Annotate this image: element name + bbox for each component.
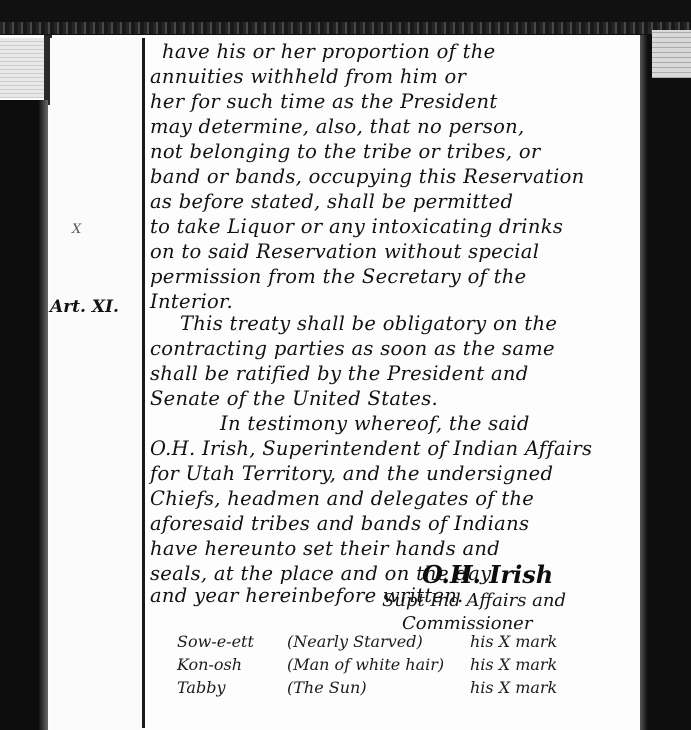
signature-title-2: Commissioner [402,613,532,634]
signatory-mark: his X mark [470,632,557,651]
signatory-meaning: (The Sun) [287,678,367,697]
text-line: permission from the Secretary of the [150,265,527,288]
text-line: annuities withheld from him or [150,65,466,88]
text-line: for Utah Territory, and the undersigned [150,462,553,485]
text-line: Interior. [150,290,233,313]
text-line: have hereunto set their hands and [150,537,500,560]
text-line: as before stated, shall be permitted [150,190,513,213]
margin-mark: X [72,222,83,237]
signatory-mark: his X mark [470,655,557,674]
article-label: Art. XI. [50,297,119,317]
text-line: O.H. Irish, Superintendent of Indian Aff… [150,437,592,460]
signatory-meaning: (Nearly Starved) [287,632,423,651]
text-line: her for such time as the President [150,90,497,113]
text-line: aforesaid tribes and bands of Indians [150,512,529,535]
scanned-page: X Art. XI. have his or her proportion of… [0,0,691,730]
signatory-mark: his X mark [470,678,557,697]
text-line: shall be ratified by the President and [150,362,529,385]
signatory-row: Tabby (The Sun) his X mark [0,678,600,702]
signatory-row: Kon-osh (Man of white hair) his X mark [0,655,600,679]
signatory-name: Kon-osh [177,655,242,674]
adjacent-page-edge [0,38,44,98]
signature-name: O.H. Irish [422,560,553,589]
text-line: to take Liquor or any intoxicating drink… [150,215,563,238]
scan-right-border [640,35,691,730]
margin-rule-line [142,38,145,728]
signatory-meaning: (Man of white hair) [287,655,444,674]
text-line: In testimony whereof, the said [220,412,530,435]
signatory-row: Sow-e-ett (Nearly Starved) his X mark [0,632,600,656]
signature-title: Supt Ind Affairs and [382,590,566,611]
left-margin [50,38,142,730]
text-line: not belonging to the tribe or tribes, or [150,140,541,163]
text-line: have his or her proportion of the [162,40,495,63]
signatory-name: Sow-e-ett [177,632,254,651]
text-line: band or bands, occupying this Reservatio… [150,165,585,188]
text-line: may determine, also, that no person, [150,115,524,138]
text-line: Chiefs, headmen and delegates of the [150,487,534,510]
text-line: This treaty shall be obligatory on the [180,312,557,335]
text-line: on to said Reservation without special [150,240,539,263]
signatory-name: Tabby [177,678,226,697]
text-line: Senate of the United States. [150,387,438,410]
text-line: contracting parties as soon as the same [150,337,555,360]
adjacent-page-edge-right [652,30,691,78]
scan-top-noise [0,22,691,34]
